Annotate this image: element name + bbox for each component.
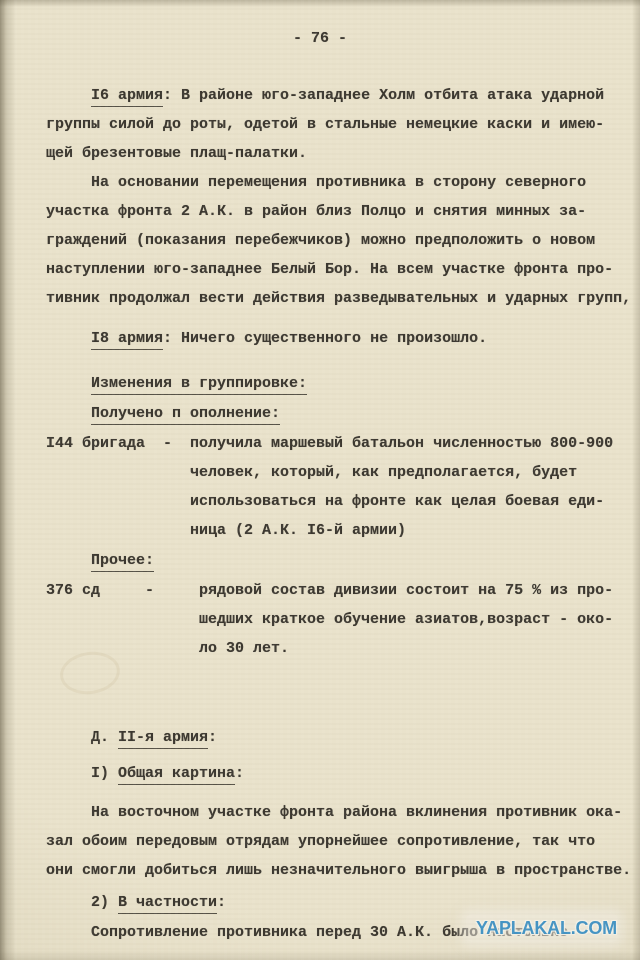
- text-segment: наступлении юго-западнее Белый Бор. На в…: [46, 261, 613, 278]
- text-segment: Д.: [46, 729, 118, 746]
- text-line: I6 армия: В районе юго-западнее Холм отб…: [46, 81, 632, 110]
- text-line: I44 бригада - получила маршевый батальон…: [46, 429, 632, 458]
- text-line: I) Общая картина:: [46, 759, 632, 788]
- text-line: Получено п ополнение:: [46, 399, 632, 428]
- text-line: они смогли добиться лишь незначительного…: [46, 856, 632, 885]
- underlined-heading: Общая картина: [118, 765, 235, 785]
- text-segment: тивник продолжал вести действия разведыв…: [46, 290, 631, 307]
- text-segment: [46, 375, 91, 392]
- text-segment: I44 бригада - получила маршевый батальон…: [46, 435, 613, 452]
- text-segment: На основании перемещения противника в ст…: [46, 174, 586, 191]
- text-segment: На восточном участке фронта района вклин…: [46, 804, 622, 821]
- text-segment: использоваться на фронте как целая боева…: [46, 493, 604, 510]
- underlined-heading: II-я армия: [118, 729, 208, 749]
- text-segment: I): [46, 765, 118, 782]
- text-segment: участка фронта 2 А.К. в район близ Полцо…: [46, 203, 586, 220]
- text-segment: [46, 330, 91, 347]
- page-number: - 76 -: [0, 24, 640, 53]
- text-line: шедших краткое обучение азиатов,возраст …: [46, 605, 632, 634]
- text-line: На основании перемещения противника в ст…: [46, 168, 632, 197]
- text-segment: шедших краткое обучение азиатов,возраст …: [46, 611, 613, 628]
- text-line: группы силой до роты, одетой в стальные …: [46, 110, 632, 139]
- underlined-heading: Изменения в группировке:: [91, 375, 307, 395]
- text-line: наступлении юго-западнее Белый Бор. На в…: [46, 255, 632, 284]
- text-line: Изменения в группировке:: [46, 369, 632, 398]
- underlined-heading: В частности: [118, 894, 217, 914]
- text-segment: :: [208, 729, 217, 746]
- text-segment: [46, 87, 91, 104]
- underlined-heading: Получено п ополнение:: [91, 405, 280, 425]
- underlined-heading: I6 армия: [91, 87, 163, 107]
- text-segment: они смогли добиться лишь незначительного…: [46, 862, 631, 879]
- text-segment: человек, который, как предполагается, бу…: [46, 464, 577, 481]
- text-segment: :: [217, 894, 226, 911]
- text-segment: ница (2 А.К. I6-й армии): [46, 522, 406, 539]
- text-line: Д. II-я армия:: [46, 723, 632, 752]
- text-line: щей брезентовые плащ-палатки.: [46, 139, 632, 168]
- watermark: YAPLAKAL.COM: [476, 918, 617, 939]
- text-line: На восточном участке фронта района вклин…: [46, 798, 632, 827]
- text-line: зал обоим передовым отрядам упорнейшее с…: [46, 827, 632, 856]
- text-line: использоваться на фронте как целая боева…: [46, 487, 632, 516]
- text-line: Прочее:: [46, 546, 632, 575]
- text-line: человек, который, как предполагается, бу…: [46, 458, 632, 487]
- text-line: 376 сд - рядовой состав дивизии состоит …: [46, 576, 632, 605]
- text-line: I8 армия: Ничего существенного не произо…: [46, 324, 632, 353]
- text-segment: : В районе юго-западнее Холм отбита атак…: [163, 87, 604, 104]
- underlined-heading: Прочее:: [91, 552, 154, 572]
- text-segment: [46, 552, 91, 569]
- underlined-heading: I8 армия: [91, 330, 163, 350]
- text-line: 2) В частности:: [46, 888, 632, 917]
- text-segment: зал обоим передовым отрядам упорнейшее с…: [46, 833, 595, 850]
- text-line: ница (2 А.К. I6-й армии): [46, 516, 632, 545]
- document-page: - 76 - I6 армия: В районе юго-западнее Х…: [0, 0, 640, 960]
- text-segment: 376 сд - рядовой состав дивизии состоит …: [46, 582, 613, 599]
- text-segment: [46, 405, 91, 422]
- text-line: ло 30 лет.: [46, 634, 632, 663]
- text-line: граждений (показания перебежчиков) можно…: [46, 226, 632, 255]
- text-segment: граждений (показания перебежчиков) можно…: [46, 232, 595, 249]
- text-segment: 2): [46, 894, 118, 911]
- text-segment: группы силой до роты, одетой в стальные …: [46, 116, 604, 133]
- document-body: I6 армия: В районе юго-западнее Холм отб…: [46, 81, 632, 947]
- text-segment: щей брезентовые плащ-палатки.: [46, 145, 307, 162]
- text-line: участка фронта 2 А.К. в район близ Полцо…: [46, 197, 632, 226]
- text-segment: :: [235, 765, 244, 782]
- text-segment: : Ничего существенного не произошло.: [163, 330, 487, 347]
- text-segment: ло 30 лет.: [46, 640, 289, 657]
- text-line: тивник продолжал вести действия разведыв…: [46, 284, 632, 313]
